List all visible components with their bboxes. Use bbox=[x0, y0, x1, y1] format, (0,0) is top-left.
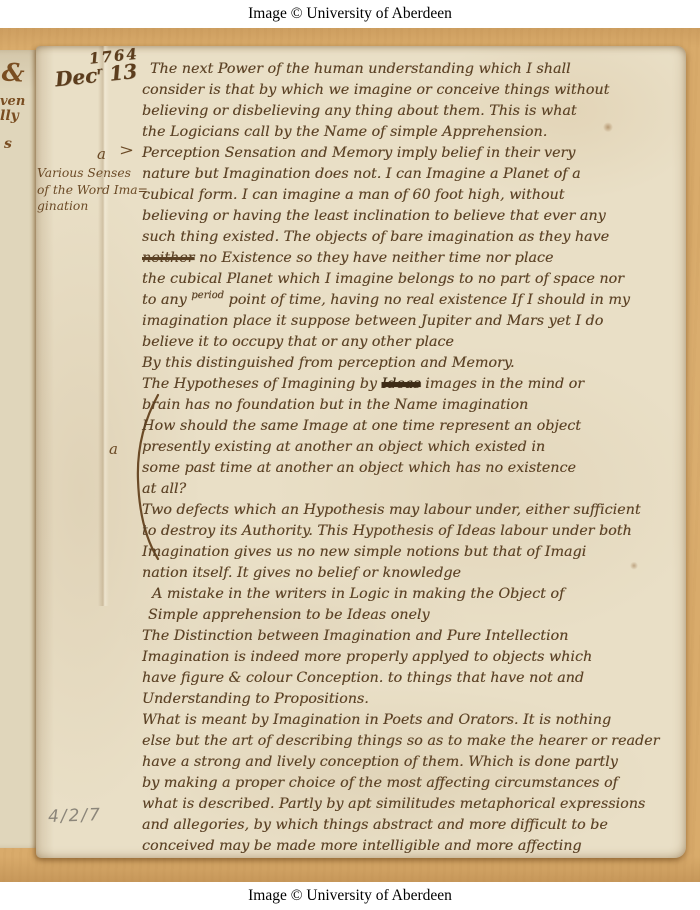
copyright-text-top: Image © University of Aberdeen bbox=[248, 5, 452, 23]
text-segment: such thing existed. The objects of bare … bbox=[142, 229, 609, 245]
text-segment: some past time at another an object whic… bbox=[142, 460, 576, 476]
manuscript-line: Two defects which an Hypothesis may labo… bbox=[142, 500, 686, 521]
manuscript-line: Understanding to Propositions. bbox=[142, 689, 686, 710]
margin-letter-a: a bbox=[97, 145, 106, 163]
manuscript-line: The Hypotheses of Imagining by Ideas ima… bbox=[142, 374, 686, 395]
bottom-copyright-banner: Image © University of Aberdeen bbox=[0, 882, 700, 910]
manuscript-line: at all? bbox=[142, 479, 686, 500]
text-segment: else but the art of describing things so… bbox=[142, 733, 659, 749]
text-segment: to any bbox=[142, 292, 191, 308]
manuscript-line: cubical form. I can imagine a man of 60 … bbox=[142, 185, 686, 206]
manuscript-line: imagination place it suppose between Jup… bbox=[142, 311, 686, 332]
manuscript-line: nature but Imagination does not. I can I… bbox=[142, 164, 686, 185]
manuscript-line: some past time at another an object whic… bbox=[142, 458, 686, 479]
manuscript-line: Perception Sensation and Memory imply be… bbox=[142, 143, 686, 164]
leaf-fragment: s bbox=[4, 136, 12, 152]
margin-note-line: of the Word Ima= bbox=[37, 182, 145, 199]
text-segment: Perception Sensation and Memory imply be… bbox=[142, 145, 575, 161]
text-segment: Two defects which an Hypothesis may labo… bbox=[142, 502, 641, 518]
manuscript-line: such thing existed. The objects of bare … bbox=[142, 227, 686, 248]
date-number: 13 bbox=[101, 59, 138, 87]
text-segment: How should the same Image at one time re… bbox=[142, 418, 581, 434]
margin-letter-a-bracket: a bbox=[109, 440, 118, 458]
text-segment: and allegories, by which things abstract… bbox=[142, 817, 608, 833]
text-segment: cubical form. I can imagine a man of 60 … bbox=[142, 187, 564, 203]
manuscript-photo: & ven lly s 1764 Decr 13 a > Various Sen… bbox=[0, 28, 700, 882]
manuscript-line: Simple apprehension to be Ideas onely bbox=[142, 605, 686, 626]
inserted-word: period bbox=[191, 290, 224, 301]
date-annotation: 1764 Decr 13 bbox=[52, 46, 141, 89]
manuscript-line: presently existing at another an object … bbox=[142, 437, 686, 458]
text-segment: point of time, having no real existence … bbox=[224, 292, 630, 308]
text-segment: nation itself. It gives no belief or kno… bbox=[142, 565, 461, 581]
copyright-text-bottom: Image © University of Aberdeen bbox=[248, 887, 452, 905]
leaf-fragment: & bbox=[1, 57, 26, 88]
text-segment: brain has no foundation but in the Name … bbox=[142, 397, 528, 413]
manuscript-line: conceived may be made more intelligible … bbox=[142, 836, 686, 857]
text-segment: imagination place it suppose between Jup… bbox=[142, 313, 603, 329]
manuscript-line: The Distinction between Imagination and … bbox=[142, 626, 686, 647]
text-segment: Simple apprehension to be Ideas onely bbox=[148, 607, 430, 623]
text-segment: have figure & colour Conception. to thin… bbox=[142, 670, 584, 686]
text-segment: consider is that by which we imagine or … bbox=[142, 82, 609, 98]
manuscript-line: believing or disbelieving any thing abou… bbox=[142, 101, 686, 122]
text-segment: The Hypotheses of Imagining by bbox=[142, 376, 382, 392]
text-segment: at all? bbox=[142, 481, 186, 497]
margin-note-line: Various Senses bbox=[37, 165, 145, 182]
struck-word: Ideas bbox=[382, 376, 421, 392]
margin-note-line: gination bbox=[37, 198, 145, 215]
manuscript-line: the Logicians call by the Name of simple… bbox=[142, 122, 686, 143]
manuscript-line: What is meant by Imagination in Poets an… bbox=[142, 710, 686, 731]
text-segment: have a strong and lively conception of t… bbox=[142, 754, 618, 770]
text-segment: what is described. Partly by apt similit… bbox=[142, 796, 645, 812]
page-fold-crease bbox=[98, 46, 109, 606]
text-segment: The Distinction between Imagination and … bbox=[142, 628, 568, 644]
text-segment: Understanding to Propositions. bbox=[142, 691, 369, 707]
manuscript-line: The next Power of the human understandin… bbox=[142, 59, 686, 80]
manuscript-page: 1764 Decr 13 a > Various Senses of the W… bbox=[36, 46, 686, 858]
manuscript-line: what is described. Partly by apt similit… bbox=[142, 794, 686, 815]
text-segment: the cubical Planet which I imagine belon… bbox=[142, 271, 624, 287]
manuscript-line: How should the same Image at one time re… bbox=[142, 416, 686, 437]
manuscript-line: to destroy its Authority. This Hypothesi… bbox=[142, 521, 686, 542]
manuscript-line: to any period point of time, having no r… bbox=[142, 290, 686, 311]
top-copyright-banner: Image © University of Aberdeen bbox=[0, 0, 700, 28]
text-segment: Imagination gives us no new simple notio… bbox=[142, 544, 586, 560]
text-segment: no Existence so they have neither time n… bbox=[195, 250, 554, 266]
manuscript-line: believing or having the least inclinatio… bbox=[142, 206, 686, 227]
struck-word: neither bbox=[142, 250, 195, 266]
text-segment: The next Power of the human understandin… bbox=[150, 61, 571, 77]
text-segment: What is meant by Imagination in Poets an… bbox=[142, 712, 611, 728]
text-segment: Imagination is indeed more properly appl… bbox=[142, 649, 592, 665]
margin-note: Various Senses of the Word Ima= gination bbox=[37, 165, 145, 215]
leaf-fragment: lly bbox=[0, 108, 19, 124]
margin-arrow-icon: > bbox=[119, 142, 134, 160]
manuscript-line: Imagination gives us no new simple notio… bbox=[142, 542, 686, 563]
manuscript-line: have a strong and lively conception of t… bbox=[142, 752, 686, 773]
manuscript-line: By this distinguished from perception an… bbox=[142, 353, 686, 374]
text-segment: to destroy its Authority. This Hypothesi… bbox=[142, 523, 632, 539]
manuscript-line: nation itself. It gives no belief or kno… bbox=[142, 563, 686, 584]
text-segment: By this distinguished from perception an… bbox=[142, 355, 515, 371]
leaf-fragment: ven bbox=[0, 94, 25, 109]
date-month: Dec bbox=[54, 63, 99, 91]
text-segment: A mistake in the writers in Logic in mak… bbox=[152, 586, 564, 602]
text-segment: by making a proper choice of the most af… bbox=[142, 775, 618, 791]
text-segment: presently existing at another an object … bbox=[142, 439, 545, 455]
manuscript-line: by making a proper choice of the most af… bbox=[142, 773, 686, 794]
manuscript-line: brain has no foundation but in the Name … bbox=[142, 395, 686, 416]
text-segment: nature but Imagination does not. I can I… bbox=[142, 166, 581, 182]
text-segment: believe it to occupy that or any other p… bbox=[142, 334, 454, 350]
text-segment: believing or disbelieving any thing abou… bbox=[142, 103, 577, 119]
manuscript-line: A mistake in the writers in Logic in mak… bbox=[142, 584, 686, 605]
manuscript-line: the cubical Planet which I imagine belon… bbox=[142, 269, 686, 290]
manuscript-line: have figure & colour Conception. to thin… bbox=[142, 668, 686, 689]
adjacent-leaf-strip: & ven lly s bbox=[0, 50, 40, 848]
manuscript-line: consider is that by which we imagine or … bbox=[142, 80, 686, 101]
manuscript-line: neither no Existence so they have neithe… bbox=[142, 248, 686, 269]
date-day: Decr 13 bbox=[54, 63, 141, 89]
text-segment: images in the mind or bbox=[421, 376, 584, 392]
manuscript-line: Imagination is indeed more properly appl… bbox=[142, 647, 686, 668]
text-segment: the Logicians call by the Name of simple… bbox=[142, 124, 547, 140]
manuscript-text: The next Power of the human understandin… bbox=[142, 59, 686, 857]
shelfmark-pencil: 4/2/7 bbox=[48, 805, 103, 827]
manuscript-line: believe it to occupy that or any other p… bbox=[142, 332, 686, 353]
manuscript-line: and allegories, by which things abstract… bbox=[142, 815, 686, 836]
text-segment: believing or having the least inclinatio… bbox=[142, 208, 606, 224]
text-segment: conceived may be made more intelligible … bbox=[142, 838, 582, 854]
manuscript-line: else but the art of describing things so… bbox=[142, 731, 686, 752]
